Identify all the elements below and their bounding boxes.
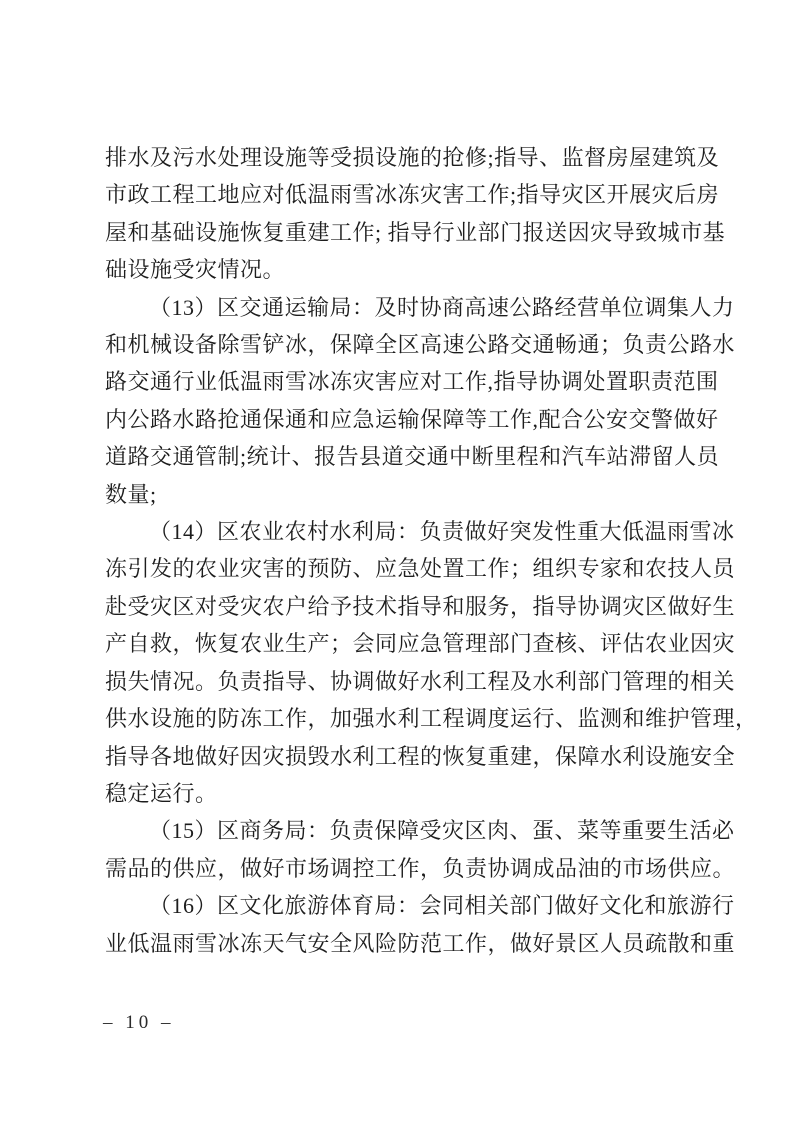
text-line: 冻引发的农业灾害的预防、应急处置工作；组织专家和农技人员 bbox=[105, 550, 718, 587]
text-line: （16）区文化旅游体育局：会同相关部门做好文化和旅游行 bbox=[105, 887, 718, 924]
text-line: 供水设施的防冻工作，加强水利工程调度运行、监测和维护管理， bbox=[105, 700, 718, 737]
text-line: 排水及污水处理设施等受损设施的抢修;指导、监督房屋建筑及 bbox=[105, 139, 718, 176]
text-line: 道路交通管制;统计、报告县道交通中断里程和汽车站滞留人员 bbox=[105, 438, 718, 475]
text-line: 础设施受灾情况。 bbox=[105, 251, 718, 288]
paragraph: （14）区农业农村水利局：负责做好突发性重大低温雨雪冰冻引发的农业灾害的预防、应… bbox=[105, 513, 718, 812]
paragraph: （15）区商务局：负责保障受灾区肉、蛋、菜等重要生活必需品的供应，做好市场调控工… bbox=[105, 812, 718, 887]
text-line: 屋和基础设施恢复重建工作; 指导行业部门报送因灾导致城市基 bbox=[105, 214, 718, 251]
text-line: 稳定运行。 bbox=[105, 775, 718, 812]
text-line: （14）区农业农村水利局：负责做好突发性重大低温雨雪冰 bbox=[105, 513, 718, 550]
text-line: 赴受灾区对受灾农户给予技术指导和服务，指导协调灾区做好生 bbox=[105, 588, 718, 625]
paragraph: 排水及污水处理设施等受损设施的抢修;指导、监督房屋建筑及市政工程工地应对低温雨雪… bbox=[105, 139, 718, 289]
paragraph: （13）区交通运输局：及时协商高速公路经营单位调集人力和机械设备除雪铲冰，保障全… bbox=[105, 289, 718, 513]
text-line: 内公路水路抢通保通和应急运输保障等工作,配合公安交警做好 bbox=[105, 401, 718, 438]
text-line: 业低温雨雪冰冻天气安全风险防范工作，做好景区人员疏散和重 bbox=[105, 925, 718, 962]
text-line: 路交通行业低温雨雪冰冻灾害应对工作,指导协调处置职责范围 bbox=[105, 363, 718, 400]
text-line: （15）区商务局：负责保障受灾区肉、蛋、菜等重要生活必 bbox=[105, 812, 718, 849]
text-line: 和机械设备除雪铲冰，保障全区高速公路交通畅通；负责公路水 bbox=[105, 326, 718, 363]
text-line: 产自救，恢复农业生产；会同应急管理部门查核、评估农业因灾 bbox=[105, 625, 718, 662]
text-line: （13）区交通运输局：及时协商高速公路经营单位调集人力 bbox=[105, 289, 718, 326]
text-line: 需品的供应，做好市场调控工作，负责协调成品油的市场供应。 bbox=[105, 850, 718, 887]
page-number: – 10 – bbox=[103, 1012, 175, 1034]
document-page: 排水及污水处理设施等受损设施的抢修;指导、监督房屋建筑及市政工程工地应对低温雨雪… bbox=[0, 0, 793, 1122]
document-body: 排水及污水处理设施等受损设施的抢修;指导、监督房屋建筑及市政工程工地应对低温雨雪… bbox=[105, 139, 718, 962]
text-line: 损失情况。负责指导、协调做好水利工程及水利部门管理的相关 bbox=[105, 663, 718, 700]
text-line: 指导各地做好因灾损毁水利工程的恢复重建，保障水利设施安全 bbox=[105, 738, 718, 775]
text-line: 市政工程工地应对低温雨雪冰冻灾害工作;指导灾区开展灾后房 bbox=[105, 176, 718, 213]
paragraph: （16）区文化旅游体育局：会同相关部门做好文化和旅游行业低温雨雪冰冻天气安全风险… bbox=[105, 887, 718, 962]
text-line: 数量; bbox=[105, 476, 718, 513]
